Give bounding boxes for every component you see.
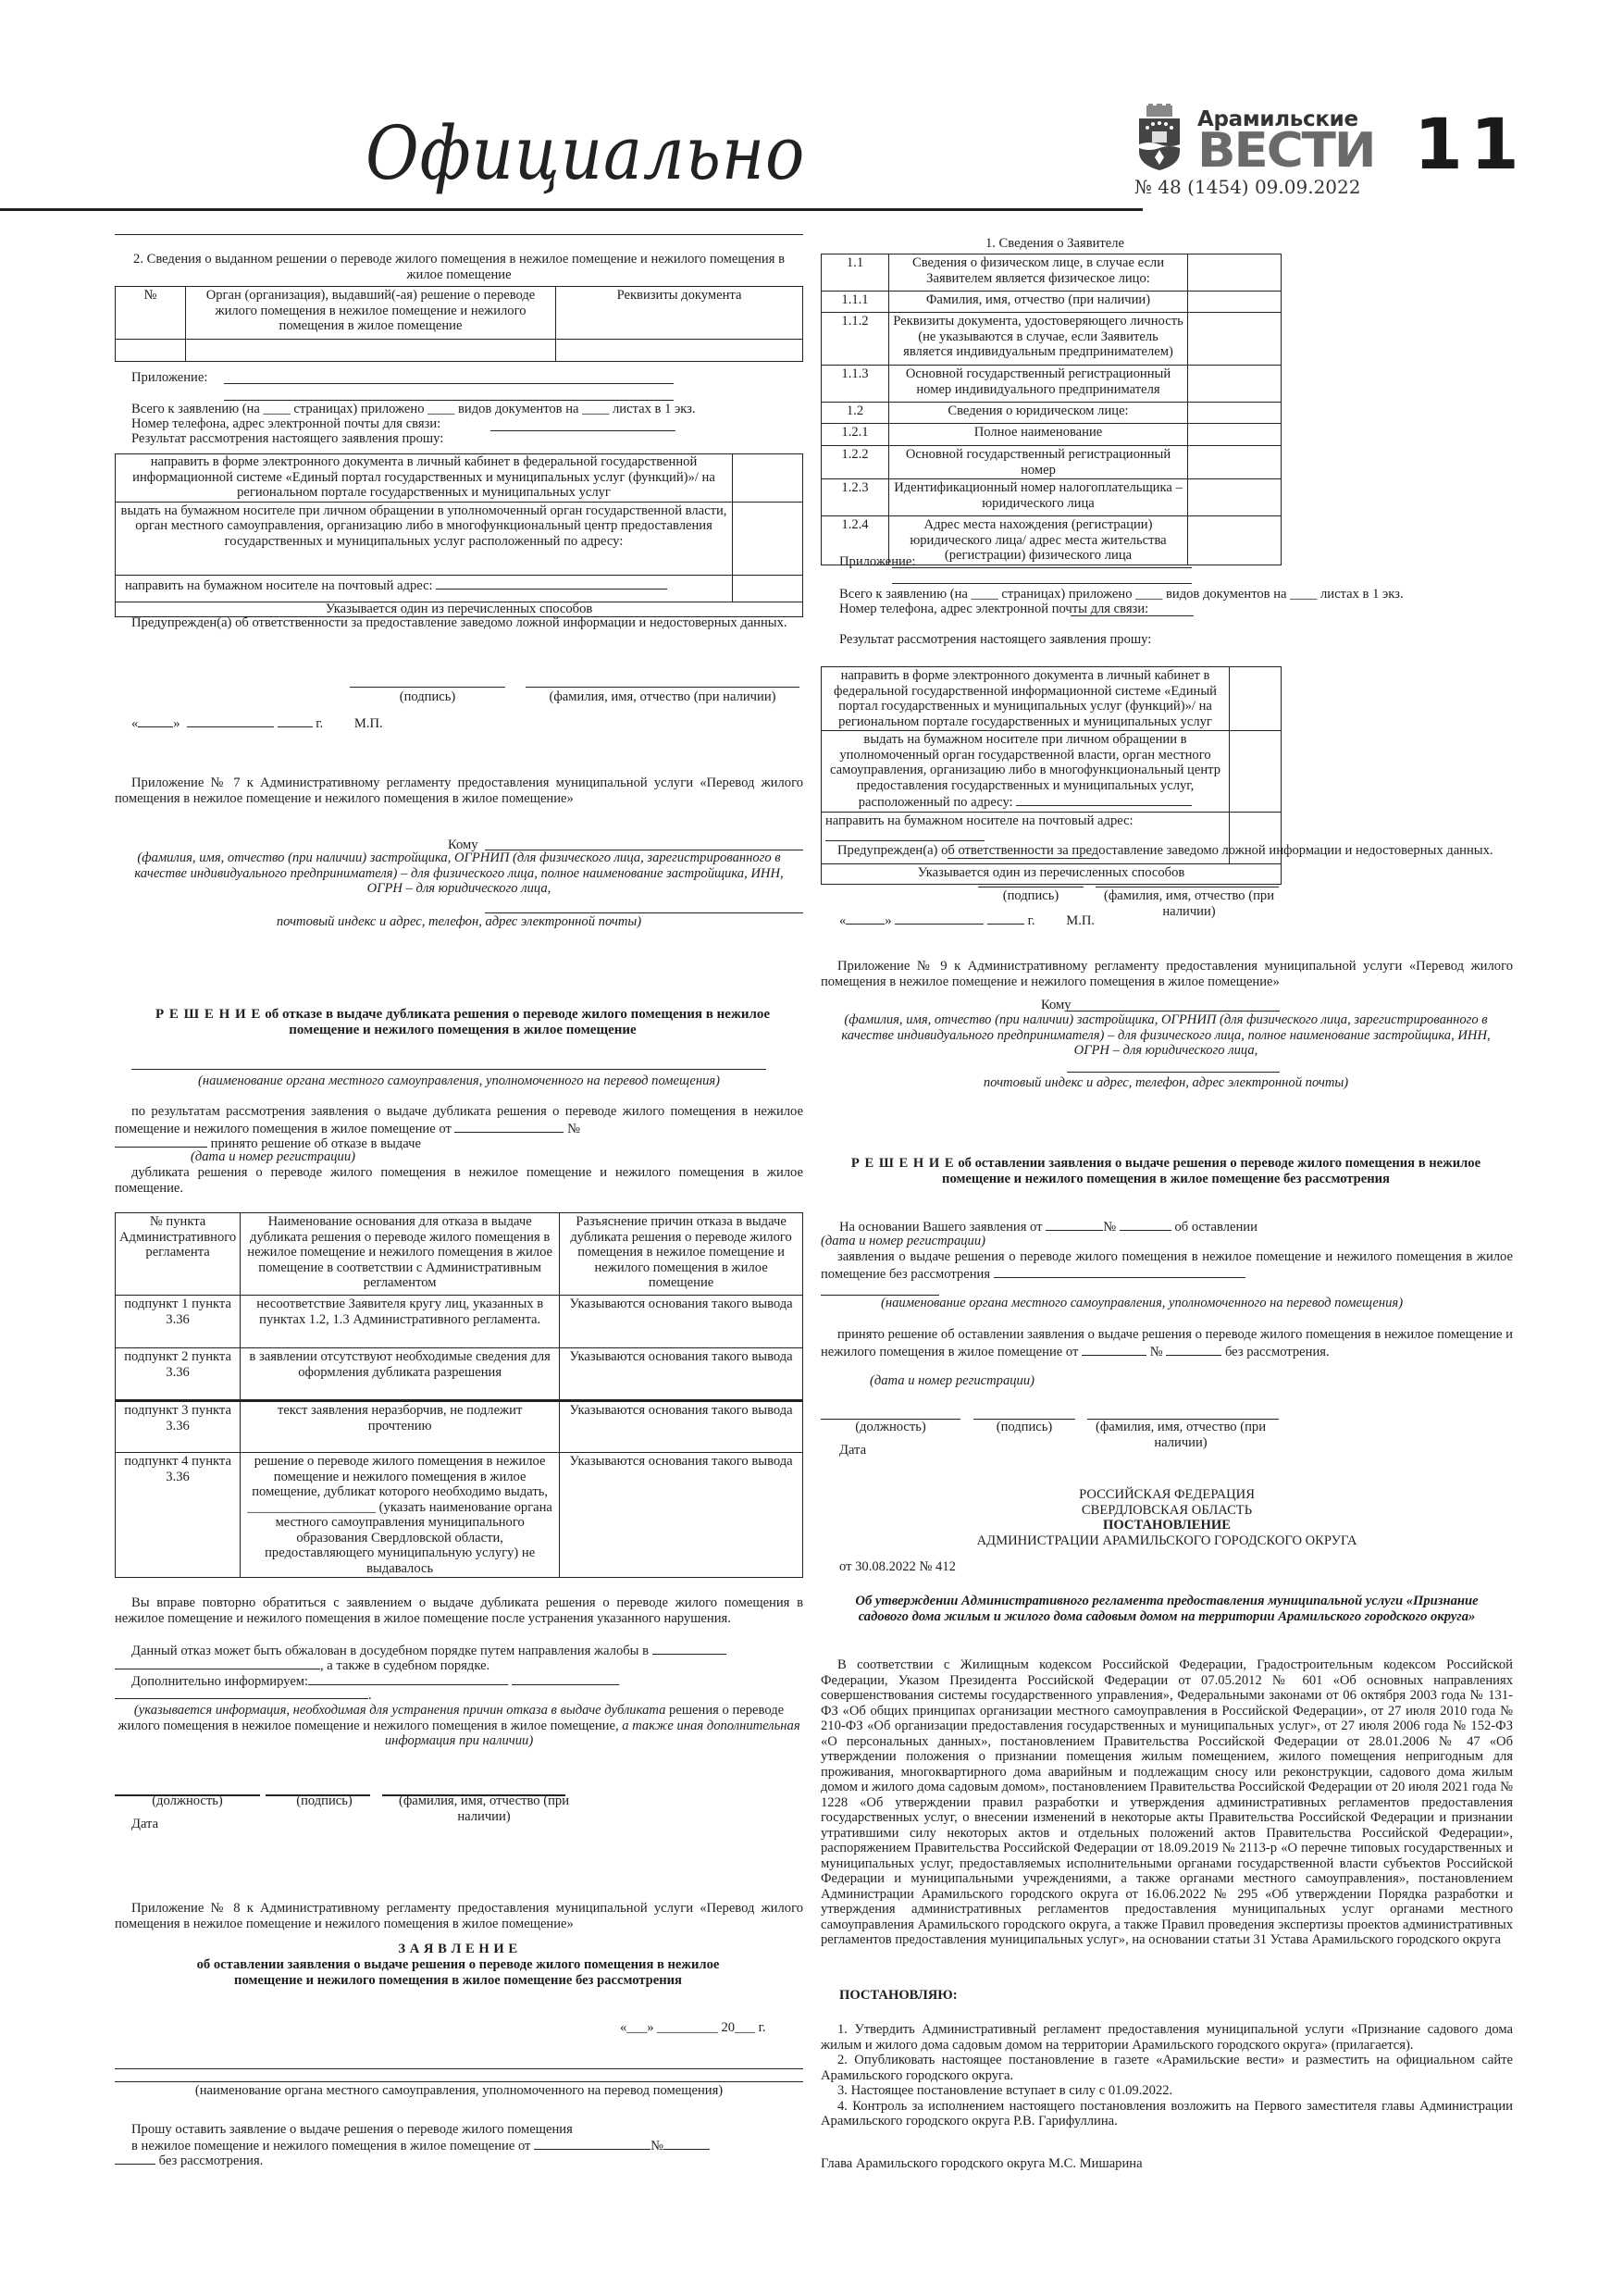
request-text-3: без рассмотрения. bbox=[159, 2153, 264, 2168]
resolution-item: 3. Настоящее постановление вступает в си… bbox=[821, 2083, 1513, 2099]
resolution-header: РОССИЙСКАЯ ФЕДЕРАЦИЯ СВЕРДЛОВСКАЯ ОБЛАСТ… bbox=[821, 1487, 1513, 1548]
phone-label: Номер телефона, адрес электронной почты … bbox=[131, 416, 440, 432]
date-caption: Дата bbox=[131, 1817, 158, 1832]
decision-heading: Р Е Ш Е Н И Е bbox=[155, 1007, 261, 1022]
row-number: 1.2 bbox=[822, 403, 889, 424]
organ-note: (наименование органа местного самоуправл… bbox=[115, 2083, 803, 2099]
row-label: Полное наименование bbox=[889, 424, 1188, 446]
appendix-9-heading: Приложение № 9 к Административному регла… bbox=[821, 959, 1513, 989]
signature-caption: (подпись) bbox=[973, 1420, 1075, 1435]
row-value[interactable] bbox=[1188, 403, 1282, 424]
signature-field[interactable] bbox=[350, 687, 505, 688]
appeal-text-2: , а также в судебном порядке. bbox=[320, 1658, 489, 1673]
recipient-note: (фамилия, имя, отчество (при наличии) за… bbox=[824, 1012, 1508, 1059]
row-label: Основной государственный регистрационный… bbox=[889, 446, 1188, 479]
row-value[interactable] bbox=[1188, 446, 1282, 479]
logo-text-big: ВЕСТИ bbox=[1197, 127, 1374, 175]
country-line: РОССИЙСКАЯ ФЕДЕРАЦИЯ bbox=[821, 1487, 1513, 1503]
result-label: Результат рассмотрения настоящего заявле… bbox=[839, 632, 1151, 648]
postal-address-field[interactable] bbox=[436, 577, 667, 590]
extra-info-field[interactable] bbox=[308, 1672, 508, 1685]
page-number: 11 bbox=[1414, 105, 1527, 183]
table-cell: Указываются основания такого вывода bbox=[560, 1401, 803, 1453]
table-cell: подпункт 1 пункта 3.36 bbox=[116, 1296, 241, 1348]
liability-warning: Предупрежден(а) об ответственности за пр… bbox=[115, 615, 803, 631]
row-label: Адрес места нахождения (регистрации) юри… bbox=[889, 516, 1188, 565]
organ-field[interactable] bbox=[115, 2068, 803, 2069]
resolution-items: 1. Утвердить Административный регламент … bbox=[821, 2022, 1513, 2129]
extra-note-italic: (указывается информация, необходимая для… bbox=[134, 1703, 666, 1718]
total-documents-line: Всего к заявлению (на ____ страницах) пр… bbox=[131, 402, 807, 417]
table-cell[interactable] bbox=[186, 340, 556, 362]
appeal-field[interactable] bbox=[652, 1642, 726, 1655]
option-in-person: выдать на бумажном носителе при личном о… bbox=[822, 731, 1230, 813]
day-field[interactable] bbox=[138, 714, 173, 727]
dismissal-decision-title: Р Е Ш Е Н И Е об оставлении заявления о … bbox=[833, 1156, 1499, 1186]
options-note: Указывается один из перечисленных способ… bbox=[822, 864, 1282, 885]
signature-caption: (подпись) bbox=[350, 689, 505, 705]
signature-captions: (должность) (подпись) (фамилия, имя, отч… bbox=[821, 1420, 1513, 1438]
fio-field[interactable] bbox=[526, 687, 799, 688]
table-cell: Указываются основания такого вывода bbox=[560, 1348, 803, 1401]
position-caption: (должность) bbox=[821, 1420, 960, 1435]
address-field[interactable] bbox=[1016, 793, 1192, 806]
number-field[interactable] bbox=[1166, 1343, 1221, 1356]
col-header: Разъяснение причин отказа в выдаче дубли… bbox=[560, 1213, 803, 1296]
number-sign: № bbox=[650, 2139, 663, 2153]
date-reg-note: (дата и номер регистрации) bbox=[821, 1234, 985, 1249]
option-checkbox[interactable] bbox=[733, 502, 803, 575]
accepted-text-end: без рассмотрения. bbox=[1225, 1345, 1330, 1359]
appeal-field-2[interactable] bbox=[115, 1657, 320, 1669]
fio-caption: (фамилия, имя, отчество (при наличии) bbox=[526, 689, 799, 705]
attachment-label: Приложение: bbox=[131, 370, 207, 386]
refusal-paragraph-2: дубликата решения о переводе жилого поме… bbox=[115, 1165, 803, 1196]
date-field[interactable] bbox=[1082, 1343, 1146, 1356]
decree-heading: ПОСТАНОВЛЯЮ: bbox=[839, 1988, 958, 2004]
col-header: № bbox=[116, 287, 186, 340]
resolution-item: 1. Утвердить Административный регламент … bbox=[821, 2022, 1513, 2053]
option-checkbox[interactable] bbox=[1230, 667, 1282, 731]
newspaper-logo: Арамильские ВЕСТИ bbox=[1136, 104, 1386, 178]
request-line-1: Прошу оставить заявление о выдаче решени… bbox=[131, 2122, 573, 2138]
issued-decision-table: № Орган (организация), выдавший(-ая) реш… bbox=[115, 286, 803, 362]
number-field[interactable] bbox=[1120, 1218, 1171, 1231]
table-cell[interactable] bbox=[116, 340, 186, 362]
section-2-title: 2. Сведения о выданном решении о перевод… bbox=[115, 252, 803, 282]
row-number: 1.1.2 bbox=[822, 313, 889, 366]
phone-field[interactable] bbox=[490, 430, 675, 431]
option-post-label: направить на бумажном носителе на почтов… bbox=[125, 578, 433, 593]
statement-title: об оставлении заявления о выдаче решения… bbox=[194, 1957, 722, 1988]
recipient-address-note: почтовый индекс и адрес, телефон, адрес … bbox=[824, 1075, 1508, 1091]
organ-note: (наименование органа местного самоуправл… bbox=[115, 1074, 803, 1089]
date-caption: Дата bbox=[839, 1443, 866, 1458]
number-field[interactable] bbox=[115, 1135, 207, 1148]
date-line: «» г. М.П. bbox=[839, 912, 1095, 929]
date-reg-note: (дата и номер регистрации) bbox=[191, 1149, 355, 1165]
refusal-paragraph: по результатам рассмотрения заявления о … bbox=[115, 1104, 803, 1136]
col-header: № пункта Административного регламента bbox=[116, 1213, 241, 1296]
organ-note: (наименование органа местного самоуправл… bbox=[881, 1296, 1403, 1311]
attachment-field[interactable] bbox=[892, 567, 1192, 568]
organ-field-2[interactable] bbox=[115, 2081, 803, 2082]
refusal-reasons-table: № пункта Административного регламента На… bbox=[115, 1212, 803, 1578]
row-label: Реквизиты документа, удостоверяющего лич… bbox=[889, 313, 1188, 366]
day-field[interactable] bbox=[846, 912, 885, 925]
recipient-field[interactable] bbox=[1067, 1011, 1280, 1011]
table-cell: подпункт 3 пункта 3.36 bbox=[116, 1401, 241, 1453]
organ-field[interactable] bbox=[994, 1265, 1245, 1278]
number-sign: № bbox=[567, 1122, 580, 1136]
table-cell: решение о переводе жилого помещения в не… bbox=[241, 1453, 560, 1578]
table-cell: несоответствие Заявителя кругу лиц, указ… bbox=[241, 1296, 560, 1348]
liability-warning: Предупрежден(а) об ответственности за пр… bbox=[821, 843, 1513, 859]
section-1-title: 1. Сведения о Заявителе bbox=[824, 236, 1286, 252]
year-field[interactable] bbox=[278, 714, 313, 727]
quote-close: » bbox=[173, 716, 180, 731]
option-checkbox[interactable] bbox=[1230, 731, 1282, 813]
row-number: 1.2.1 bbox=[822, 424, 889, 446]
coat-of-arms-icon bbox=[1136, 104, 1183, 172]
table-cell: текст заявления неразборчив, не подлежит… bbox=[241, 1401, 560, 1453]
attachment-field-2[interactable] bbox=[224, 400, 674, 401]
delivery-options-table: направить в форме электронного документа… bbox=[115, 453, 803, 617]
phone-field[interactable] bbox=[1071, 615, 1194, 616]
signature-caption: (подпись) bbox=[978, 888, 1084, 904]
signature-caption: (подпись) bbox=[272, 1793, 377, 1809]
resolution-date-number: от 30.08.2022 № 412 bbox=[839, 1559, 956, 1575]
row-number: 1.1.3 bbox=[822, 366, 889, 403]
appendix-8-heading: Приложение № 8 к Административному регла… bbox=[115, 1901, 803, 1931]
row-value[interactable] bbox=[1188, 424, 1282, 446]
table-cell: Указываются основания такого вывода bbox=[560, 1453, 803, 1578]
organ-note-text: наименование органа местного самоуправле… bbox=[886, 1296, 1398, 1310]
year-suffix: г. bbox=[316, 716, 323, 731]
options-note: Указывается один из перечисленных способ… bbox=[116, 602, 803, 616]
row-value[interactable] bbox=[1188, 516, 1282, 565]
table-cell: подпункт 4 пункта 3.36 bbox=[116, 1453, 241, 1578]
row-number: 1.1 bbox=[822, 254, 889, 292]
table-cell: Указываются основания такого вывода bbox=[560, 1296, 803, 1348]
row-label: Идентификационный номер налогоплательщик… bbox=[889, 479, 1188, 516]
recipient-address-field[interactable] bbox=[1067, 1072, 1280, 1073]
row-number: 1.1.1 bbox=[822, 292, 889, 313]
extra-info-field-2[interactable] bbox=[512, 1672, 619, 1685]
section-title: Официально bbox=[365, 109, 805, 198]
organ-note-text: наименование органа местного самоуправле… bbox=[203, 1074, 715, 1088]
head-signature: Глава Арамильского городского округа М.С… bbox=[821, 2156, 1143, 2172]
basis-text: На основании Вашего заявления от bbox=[839, 1220, 1043, 1235]
resolution-item: 2. Опубликовать настоящее постановление … bbox=[821, 2053, 1513, 2083]
recipient-address-note: почтовый индекс и адрес, телефон, адрес … bbox=[115, 914, 803, 930]
organ-field[interactable] bbox=[131, 1069, 766, 1070]
number-field[interactable] bbox=[663, 2137, 710, 2150]
option-in-person: выдать на бумажном носителе при личном о… bbox=[116, 502, 733, 575]
option-post: направить на бумажном носителе на почтов… bbox=[116, 575, 733, 602]
basis-line: На основании Вашего заявления от № об ос… bbox=[839, 1218, 1258, 1235]
option-electronic: направить в форме электронного документа… bbox=[822, 667, 1230, 731]
row-number: 1.2.3 bbox=[822, 479, 889, 516]
decision-subtitle: об оставлении заявления о выдаче решения… bbox=[942, 1156, 1481, 1186]
month-field[interactable] bbox=[187, 714, 274, 727]
decision-heading: Р Е Ш Е Н И Е bbox=[851, 1156, 955, 1171]
table-cell: подпункт 2 пункта 3.36 bbox=[116, 1348, 241, 1401]
table-cell[interactable] bbox=[556, 340, 803, 362]
statement-date[interactable]: «___» _________ 20___ г. bbox=[620, 2020, 766, 2036]
extra-info-field-3[interactable] bbox=[115, 1686, 368, 1699]
date-field[interactable] bbox=[1046, 1218, 1103, 1231]
decision-subtitle: об отказе в выдаче дубликата решения о п… bbox=[265, 1007, 770, 1037]
position-caption: (должность) bbox=[115, 1793, 260, 1809]
refusal-decision-title: Р Е Ш Е Н И Е об отказе в выдаче дублика… bbox=[130, 1007, 796, 1037]
row-number: 1.2.2 bbox=[822, 446, 889, 479]
total-documents-line: Всего к заявлению (на ____ страницах) пр… bbox=[839, 587, 1524, 602]
resolution-item: 4. Контроль за исполнением настоящего по… bbox=[821, 2099, 1513, 2129]
divider bbox=[115, 234, 803, 235]
fio-caption: (фамилия, имя, отчество (при наличии) bbox=[1084, 1420, 1278, 1450]
date-field[interactable] bbox=[454, 1120, 564, 1133]
recipient-note: (фамилия, имя, отчество (при наличии) за… bbox=[118, 850, 799, 897]
postal-address-field[interactable] bbox=[825, 828, 985, 841]
row-value[interactable] bbox=[1188, 292, 1282, 313]
recipient-address-field[interactable] bbox=[485, 912, 803, 913]
signature-field[interactable] bbox=[978, 887, 1084, 887]
row-value[interactable] bbox=[1188, 254, 1282, 292]
number-sign: № bbox=[1150, 1345, 1163, 1359]
number-sign: № bbox=[1103, 1220, 1116, 1235]
reapply-paragraph: Вы вправе повторно обратиться с заявлени… bbox=[115, 1595, 803, 1626]
result-label: Результат рассмотрения настоящего заявле… bbox=[131, 431, 443, 447]
stamp-label: М.П. bbox=[1066, 913, 1095, 928]
date-field[interactable] bbox=[534, 2137, 650, 2150]
resolution-title: Об утверждении Административного регламе… bbox=[831, 1594, 1503, 1624]
col-header: Орган (организация), выдавший(-ая) решен… bbox=[186, 287, 556, 340]
administration-line: АДМИНИСТРАЦИИ АРАМИЛЬСКОГО ГОРОДСКОГО ОК… bbox=[821, 1533, 1513, 1549]
basis-paragraph: заявления о выдаче решения о переводе жи… bbox=[821, 1249, 1513, 1282]
stamp-label: М.П. bbox=[354, 716, 383, 731]
fio-caption: (фамилия, имя, отчество (при наличии) bbox=[392, 1793, 576, 1824]
year-suffix: г. bbox=[1028, 913, 1035, 928]
header-rule bbox=[0, 208, 1143, 211]
fio-caption: (фамилия, имя, отчество (при наличии) bbox=[1092, 888, 1286, 919]
fio-field[interactable] bbox=[1096, 887, 1279, 887]
date-reg-note: (дата и номер регистрации) bbox=[870, 1373, 1035, 1389]
extra-info-line-2: . bbox=[115, 1686, 372, 1704]
col-header: Наименование основания для отказа в выда… bbox=[241, 1213, 560, 1296]
date-line: «» г. М.П. bbox=[131, 714, 383, 732]
row-label: Основной государственный регистрационный… bbox=[889, 366, 1188, 403]
number-field-2[interactable] bbox=[115, 2152, 155, 2165]
basis-text-end: об оставлении bbox=[1174, 1220, 1257, 1235]
statement-heading: З А Я В Л Е Н И Е bbox=[194, 1942, 722, 1957]
month-field[interactable] bbox=[895, 912, 984, 925]
appeal-line-2: , а также в судебном порядке. bbox=[115, 1657, 489, 1674]
attachment-field[interactable] bbox=[224, 383, 674, 384]
resolution-heading: ПОСТАНОВЛЕНИЕ bbox=[821, 1518, 1513, 1533]
row-label: Сведения о физическом лице, в случае есл… bbox=[889, 254, 1188, 292]
option-electronic: направить в форме электронного документа… bbox=[116, 454, 733, 503]
row-value[interactable] bbox=[1188, 313, 1282, 366]
request-line-3: без рассмотрения. bbox=[115, 2152, 263, 2169]
attachment-field-2[interactable] bbox=[892, 583, 1192, 584]
row-value[interactable] bbox=[1188, 366, 1282, 403]
row-value[interactable] bbox=[1188, 479, 1282, 516]
accepted-paragraph: принято решение об оставлении заявления … bbox=[821, 1327, 1513, 1359]
row-label: Фамилия, имя, отчество (при наличии) bbox=[889, 292, 1188, 313]
row-label: Сведения о юридическом лице: bbox=[889, 403, 1188, 424]
appendix-7-heading: Приложение № 7 к Административному регла… bbox=[115, 776, 803, 806]
option-checkbox[interactable] bbox=[733, 454, 803, 503]
year-field[interactable] bbox=[987, 912, 1024, 925]
option-checkbox[interactable] bbox=[733, 575, 803, 602]
signature-captions: (должность) (подпись) (фамилия, имя, отч… bbox=[115, 1793, 803, 1812]
option-post-label: направить на бумажном носителе на почтов… bbox=[825, 813, 1134, 828]
applicant-info-table: 1.1Сведения о физическом лице, в случае … bbox=[821, 254, 1282, 565]
quote-open: « bbox=[131, 716, 138, 731]
resolution-preamble: В соответствии с Жилищным кодексом Росси… bbox=[821, 1657, 1513, 1948]
region-line: СВЕРДЛОВСКАЯ ОБЛАСТЬ bbox=[821, 1503, 1513, 1519]
col-header: Реквизиты документа bbox=[556, 287, 803, 340]
table-cell: в заявлении отсутствуют необходимые свед… bbox=[241, 1348, 560, 1401]
extra-info-note: (указывается информация, необходимая для… bbox=[115, 1703, 803, 1749]
issue-number: № 48 (1454) 09.09.2022 bbox=[1134, 176, 1360, 198]
